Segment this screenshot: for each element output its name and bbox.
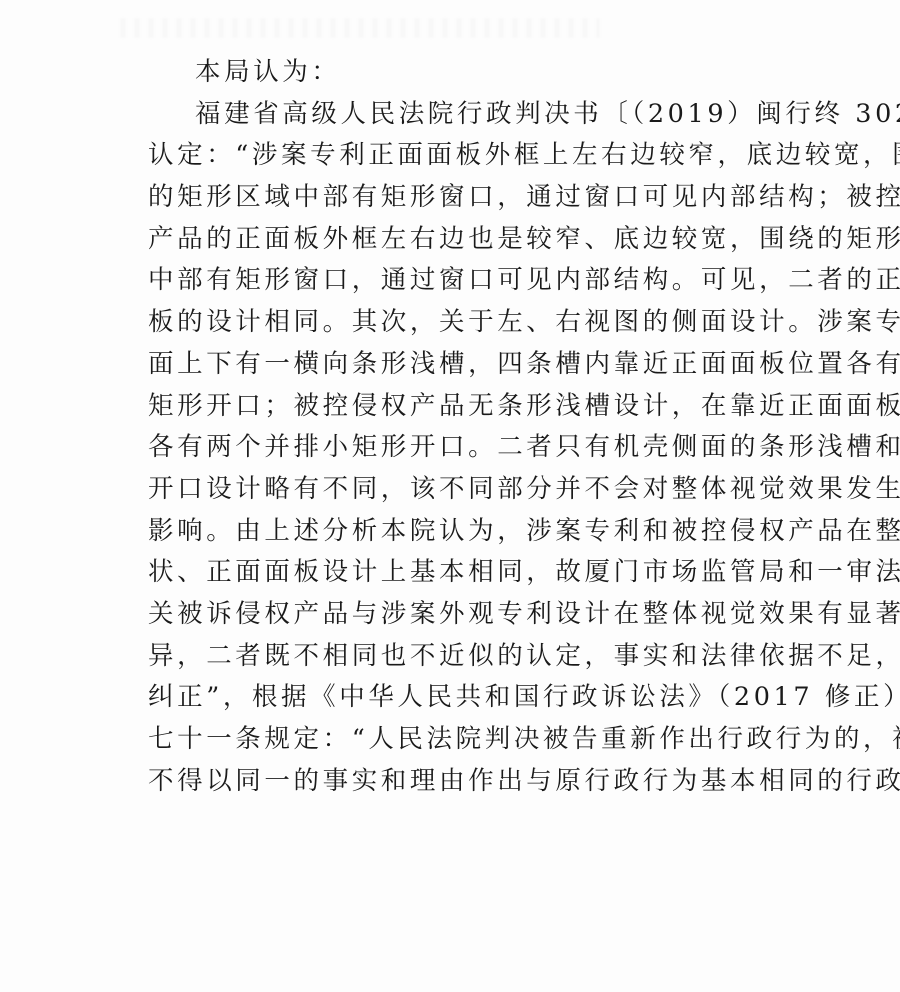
paragraph-line: 不得以同一的事实和理由作出与原行政行为基本相同的行政行	[148, 761, 796, 803]
paragraph-line: 矩形开口；被控侵权产品无条形浅槽设计，在靠近正面面板位置	[148, 386, 796, 428]
paragraph-line: 开口设计略有不同，该不同部分并不会对整体视觉效果发生较大	[148, 469, 796, 511]
paragraph-line: 关被诉侵权产品与涉案外观专利设计在整体视觉效果有显著差	[148, 594, 796, 636]
paragraph-line: 产品的正面板外框左右边也是较窄、底边较宽，围绕的矩形区域	[148, 219, 796, 261]
paragraph-line: 福建省高级人民法院行政判决书〔（2019）闽行终 302 号〕	[148, 94, 796, 136]
scan-bleed-through	[120, 18, 600, 38]
paragraph-line: 状、正面面板设计上基本相同，故厦门市场监管局和一审法院有	[148, 552, 796, 594]
paragraph-line: 异，二者既不相同也不近似的认定，事实和法律依据不足，应予	[148, 636, 796, 678]
paragraph-line: 影响。由上述分析本院认为，涉案专利和被控侵权产品在整体形	[148, 511, 796, 553]
paragraph-line: 本局认为：	[148, 52, 796, 94]
paragraph-line: 的矩形区域中部有矩形窗口，通过窗口可见内部结构；被控侵权	[148, 177, 796, 219]
paragraph-line: 七十一条规定：“人民法院判决被告重新作出行政行为的，被告	[148, 719, 796, 761]
paragraph-line: 纠正”，根据《中华人民共和国行政诉讼法》（2017 修正）第	[148, 677, 796, 719]
paragraph-line: 中部有矩形窗口，通过窗口可见内部结构。可见，二者的正面面	[148, 260, 796, 302]
document-page: 本局认为： 福建省高级人民法院行政判决书〔（2019）闽行终 302 号〕 认定…	[0, 0, 900, 992]
document-body: 本局认为： 福建省高级人民法院行政判决书〔（2019）闽行终 302 号〕 认定…	[148, 52, 798, 802]
paragraph-line: 各有两个并排小矩形开口。二者只有机壳侧面的条形浅槽和矩形	[148, 427, 796, 469]
paragraph-line: 认定：“涉案专利正面面板外框上左右边较窄，底边较宽，围绕	[148, 135, 796, 177]
paragraph-line: 板的设计相同。其次，关于左、右视图的侧面设计。涉案专利侧	[148, 302, 796, 344]
paragraph-line: 面上下有一横向条形浅槽，四条槽内靠近正面面板位置各有一小	[148, 344, 796, 386]
